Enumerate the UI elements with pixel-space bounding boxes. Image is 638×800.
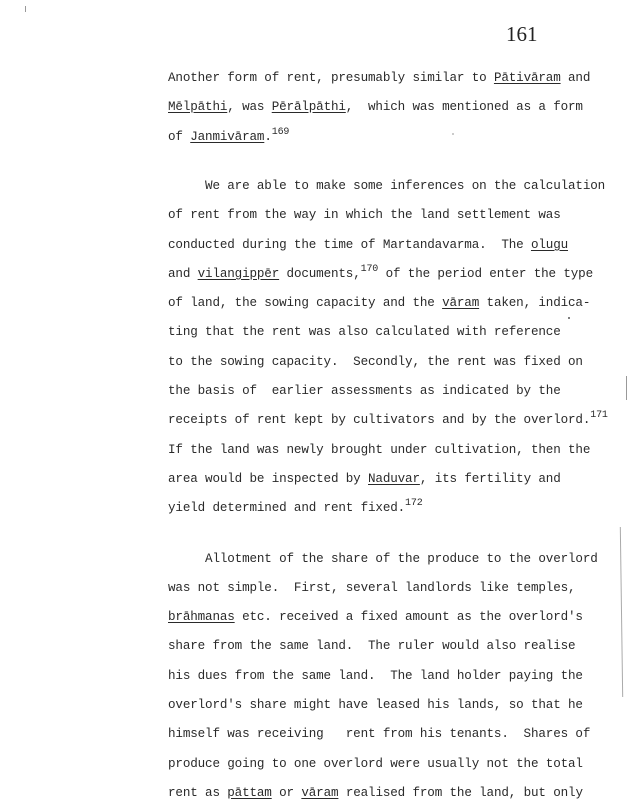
text-run: share from the same land. The ruler woul… (168, 639, 575, 653)
text-run: area would be inspected by (168, 472, 368, 486)
text-line: his dues from the same land. The land ho… (168, 668, 583, 684)
underlined-term: brāhmanas (168, 610, 235, 624)
underlined-term: vāram (442, 296, 479, 310)
text-line: share from the same land. The ruler woul… (168, 638, 575, 654)
text-line: Another form of rent, presumably similar… (168, 70, 590, 86)
text-line: overlord's share might have leased his l… (168, 697, 583, 713)
text-run: taken, indica- (479, 296, 590, 310)
underlined-term: Janmivāram (190, 130, 264, 144)
text-run: Another form of rent, presumably similar… (168, 71, 494, 85)
underlined-term: pāttam (227, 786, 271, 800)
text-run: etc. received a fixed amount as the over… (235, 610, 583, 624)
text-run: . (264, 130, 271, 144)
text-line: was not simple. First, several landlords… (168, 580, 575, 596)
text-run: the basis of earlier assessments as indi… (168, 384, 561, 398)
text-run: of rent from the way in which the land s… (168, 208, 561, 222)
scan-speck (568, 317, 570, 319)
text-run: , which was mentioned as a form (346, 100, 583, 114)
text-run: and (168, 267, 198, 281)
underlined-term: vāram (301, 786, 338, 800)
text-line: of rent from the way in which the land s… (168, 207, 561, 223)
text-run: of the period enter the type (378, 267, 593, 281)
text-line: Mēlpāthi, was Pērālpāthi, which was ment… (168, 99, 583, 115)
text-run: conducted during the time of Martandavar… (168, 238, 531, 252)
text-line: receipts of rent kept by cultivators and… (168, 412, 608, 428)
text-line: himself was receiving rent from his tena… (168, 726, 590, 742)
text-line: yield determined and rent fixed.172 (168, 500, 423, 516)
text-run: and (561, 71, 591, 85)
footnote-ref: 169 (272, 127, 290, 138)
text-line: produce going to one overlord were usual… (168, 756, 583, 772)
text-run: , its fertility and (420, 472, 561, 486)
page-number: 161 (506, 22, 538, 47)
text-run: yield determined and rent fixed. (168, 501, 405, 515)
scan-speck (452, 133, 454, 135)
text-run: of land, the sowing capacity and the (168, 296, 442, 310)
text-run: overlord's share might have leased his l… (168, 698, 583, 712)
underlined-term: Pātivāram (494, 71, 561, 85)
text-run: of (168, 130, 190, 144)
text-line: to the sowing capacity. Secondly, the re… (168, 354, 583, 370)
text-line: If the land was newly brought under cult… (168, 442, 590, 458)
footnote-ref: 171 (590, 410, 608, 421)
underlined-term: Naduvar (368, 472, 420, 486)
text-run: his dues from the same land. The land ho… (168, 669, 583, 683)
text-run: to the sowing capacity. Secondly, the re… (168, 355, 583, 369)
text-run: rent as (168, 786, 227, 800)
text-line: of Janmivāram.169 (168, 129, 289, 145)
text-run: ting that the rent was also calculated w… (168, 325, 561, 339)
underlined-term: Pērālpāthi (272, 100, 346, 114)
text-run: documents, (279, 267, 360, 281)
text-run: If the land was newly brought under cult… (168, 443, 590, 457)
text-line: of land, the sowing capacity and the vār… (168, 295, 590, 311)
footnote-ref: 170 (361, 264, 379, 275)
scan-mark (25, 6, 26, 12)
text-run: or (272, 786, 302, 800)
text-line: ting that the rent was also calculated w… (168, 324, 561, 340)
scan-line (620, 527, 623, 697)
text-run: was not simple. First, several landlords… (168, 581, 575, 595)
underlined-term: olugu (531, 238, 568, 252)
text-run: produce going to one overlord were usual… (168, 757, 583, 771)
text-line: conducted during the time of Martandavar… (168, 237, 568, 253)
scan-line (626, 376, 627, 400)
text-run: Allotment of the share of the produce to… (168, 552, 598, 566)
text-run: realised from the land, but only (338, 786, 582, 800)
text-line: the basis of earlier assessments as indi… (168, 383, 561, 399)
underlined-term: vilangippēr (198, 267, 279, 281)
text-line: area would be inspected by Naduvar, its … (168, 471, 561, 487)
text-run: , was (227, 100, 271, 114)
text-line: brāhmanas etc. received a fixed amount a… (168, 609, 583, 625)
text-line: and vilangippēr documents,170 of the per… (168, 266, 593, 282)
text-run: receipts of rent kept by cultivators and… (168, 413, 590, 427)
text-line: Allotment of the share of the produce to… (168, 551, 598, 567)
text-run: We are able to make some inferences on t… (168, 179, 605, 193)
footnote-ref: 172 (405, 498, 423, 509)
text-run: himself was receiving rent from his tena… (168, 727, 590, 741)
underlined-term: Mēlpāthi (168, 100, 227, 114)
text-line: We are able to make some inferences on t… (168, 178, 605, 194)
text-line: rent as pāttam or vāram realised from th… (168, 785, 583, 800)
